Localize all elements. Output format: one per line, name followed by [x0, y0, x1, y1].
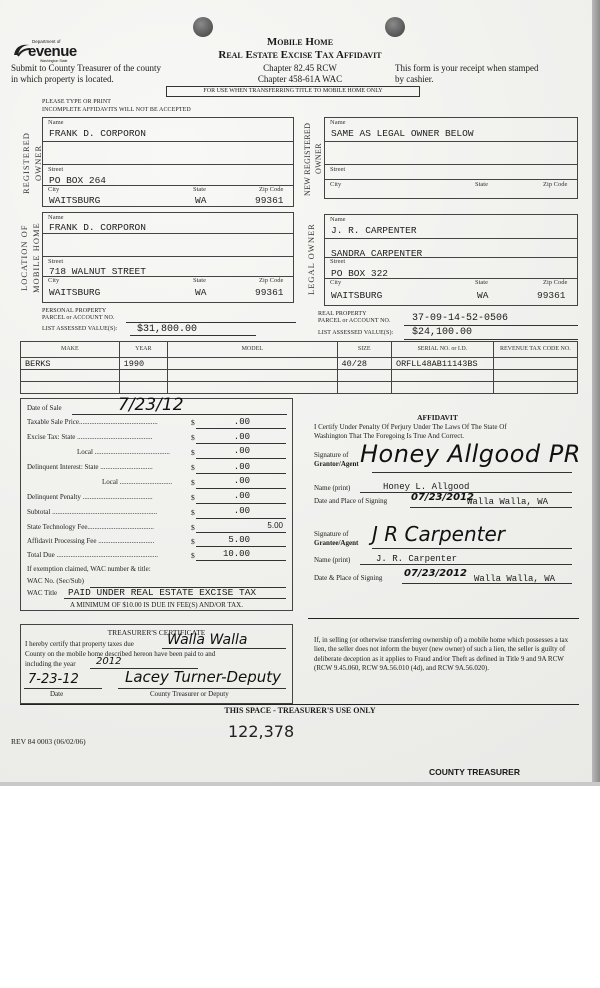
- receipt-note: This form is your receipt when stamped: [395, 63, 538, 73]
- date-of-sale-value[interactable]: 7/23/12: [118, 395, 184, 415]
- grantor-place-value[interactable]: Walla Walla, WA: [467, 497, 548, 507]
- personal-assessed-line: [130, 335, 256, 336]
- table-row: [21, 382, 578, 394]
- page-bottom-edge: [0, 782, 600, 786]
- form-title-line1: Mobile Home: [180, 36, 420, 48]
- col-make: MAKE: [21, 342, 120, 358]
- processing-fee-amount[interactable]: 5.00: [200, 535, 250, 545]
- treasurer-use-divider: [20, 704, 579, 705]
- registered-owner-city[interactable]: WAITSBURG: [49, 195, 100, 206]
- real-property-label: REAL PROPERTY: [318, 311, 367, 317]
- grantor-date-value[interactable]: 07/23/2012: [411, 492, 474, 503]
- currency-symbol: $: [191, 463, 195, 472]
- grantee-date-line: [402, 583, 572, 584]
- location-state[interactable]: WA: [195, 287, 206, 298]
- delinquent-penalty-label: Delinquent Penalty .....................…: [27, 493, 153, 501]
- minimum-due-note: A MINIMUM OF $10.00 IS DUE IN FEE(S) AND…: [20, 601, 293, 609]
- cell-make[interactable]: [21, 382, 120, 394]
- cell-model[interactable]: [167, 382, 337, 394]
- cell-model[interactable]: [167, 370, 337, 382]
- taxable-sale-price-amount[interactable]: .00: [200, 417, 250, 427]
- location-street[interactable]: 718 WALNUT STREET: [49, 266, 146, 277]
- real-assessed-label: LIST ASSESSED VALUE(S):: [318, 330, 393, 336]
- legal-owner-state[interactable]: WA: [477, 290, 488, 301]
- subtotal-amount[interactable]: .00: [200, 506, 250, 516]
- col-model: MODEL: [167, 342, 337, 358]
- excise-local-amount[interactable]: .00: [200, 446, 250, 456]
- technology-fee-amount: 5.00: [230, 521, 283, 530]
- interest-local-amount[interactable]: .00: [200, 476, 250, 486]
- personal-assessed-label: LIST ASSESSED VALUE(S):: [42, 326, 117, 332]
- registered-owner-state[interactable]: WA: [195, 195, 206, 206]
- form-title-line2: Real Estate Excise Tax Affidavit: [150, 49, 450, 61]
- lien-notice: If, in selling (or otherwise transferrin…: [314, 636, 576, 673]
- treasurer-signer-label: County Treasurer or Deputy: [150, 690, 229, 698]
- grantee-date-label: Date & Place of Signing: [314, 574, 382, 582]
- registered-owner-street[interactable]: PO BOX 264: [49, 175, 106, 186]
- legal-owner-street[interactable]: PO BOX 322: [331, 268, 388, 279]
- currency-symbol: $: [191, 478, 195, 487]
- excise-local-label: Local ..................................…: [77, 448, 170, 456]
- wac-title-label: WAC Title: [27, 589, 57, 597]
- grantee-date-value[interactable]: 07/23/2012: [404, 568, 467, 579]
- wac-no-label: WAC No. (Sec/Sub): [27, 577, 84, 585]
- legal-owner-box: Name J. R. CARPENTER SANDRA CARPENTER St…: [324, 214, 578, 306]
- legal-owner-zip[interactable]: 99361: [537, 290, 566, 301]
- cell-serial[interactable]: [391, 370, 493, 382]
- currency-symbol: $: [191, 537, 195, 546]
- chapter-rcw: Chapter 82.45 RCW: [220, 63, 380, 73]
- legal-owner-city[interactable]: WAITSBURG: [331, 290, 382, 301]
- certificate-date-label: Date: [50, 690, 63, 698]
- total-due-amount[interactable]: 10.00: [200, 549, 250, 559]
- affidavit-title: AFFIDAVIT: [300, 413, 575, 422]
- treasurer-signature[interactable]: Lacey Turner-Deputy: [125, 668, 281, 686]
- exemption-label: If exemption claimed, WAC number & title…: [27, 565, 151, 573]
- table-header-row: MAKE YEAR MODEL SIZE SERIAL NO. or I.D. …: [21, 342, 578, 358]
- registered-owner-name[interactable]: FRANK D. CORPORON: [49, 128, 146, 139]
- year-value[interactable]: 2012: [96, 656, 121, 667]
- new-registered-owner-box: Name SAME AS LEGAL OWNER BELOW Street Ci…: [324, 117, 578, 199]
- processing-fee-label: Affidavit Processing Fee ...............…: [27, 537, 154, 545]
- excise-state-label: Excise Tax: State ......................…: [27, 433, 152, 441]
- receipt-note-2: by cashier.: [395, 74, 434, 84]
- subtotal-label: Subtotal ...............................…: [27, 508, 157, 516]
- grantor-signature-line: [372, 472, 572, 473]
- personal-assessed-value[interactable]: $31,800.00: [137, 324, 197, 335]
- date-of-sale-label: Date of Sale: [27, 404, 62, 412]
- grantee-signature-label: Signature of: [314, 530, 348, 538]
- wac-title-value[interactable]: PAID UNDER REAL ESTATE EXCISE TAX: [68, 587, 256, 598]
- currency-symbol: $: [191, 508, 195, 517]
- form-number: REV 84 0003 (06/02/06): [11, 737, 86, 746]
- table-row: BERKS 1990 40/28 ORFLL48AB11143BS: [21, 358, 578, 370]
- location-zip[interactable]: 99361: [255, 287, 284, 298]
- certify-statement-2: Washington That The Foregoing Is True An…: [314, 432, 464, 440]
- location-box: Name FRANK D. CORPORON Street 718 WALNUT…: [42, 212, 294, 303]
- cell-serial[interactable]: [391, 382, 493, 394]
- real-assessed-value[interactable]: $24,100.00: [412, 327, 472, 338]
- grantee-name-line: [360, 564, 572, 565]
- cell-year[interactable]: 1990: [119, 358, 167, 370]
- wac-title-line: [64, 598, 286, 599]
- cell-year[interactable]: [119, 370, 167, 382]
- real-parcel-value[interactable]: 37-09-14-52-0506: [412, 313, 508, 324]
- page-edge-shadow: [592, 0, 600, 785]
- registered-owner-zip[interactable]: 99361: [255, 195, 284, 206]
- col-serial: SERIAL NO. or I.D.: [391, 342, 493, 358]
- grantor-signature[interactable]: Honey Allgood PR: [360, 440, 581, 468]
- cell-model[interactable]: [167, 358, 337, 370]
- excise-state-amount[interactable]: .00: [200, 432, 250, 442]
- county-treasurer-stamp: COUNTY TREASURER: [429, 767, 520, 777]
- legal-owner-name[interactable]: J. R. CARPENTER: [331, 225, 417, 236]
- county-value[interactable]: Walla Walla: [167, 632, 247, 648]
- grantee-signature-line: [372, 548, 572, 549]
- registered-owner-box: Name FRANK D. CORPORON Street PO BOX 264…: [42, 117, 294, 207]
- submit-instructions-2: in which property is located.: [11, 74, 114, 84]
- grantor-signature-label: Signature of: [314, 451, 348, 459]
- certify-statement: I Certify Under Penalty Of Perjury Under…: [314, 423, 507, 431]
- currency-symbol: $: [191, 433, 195, 442]
- mobile-home-table: MAKE YEAR MODEL SIZE SERIAL NO. or I.D. …: [20, 341, 578, 394]
- cell-size[interactable]: 40/28: [337, 358, 391, 370]
- real-parcel-label: PARCEL or ACCOUNT NO.: [318, 318, 391, 324]
- cell-make[interactable]: [21, 370, 120, 382]
- currency-symbol: $: [191, 523, 195, 532]
- table-row: [21, 370, 578, 382]
- currency-symbol: $: [191, 448, 195, 457]
- treasurer-use-label: THIS SPACE - TREASURER'S USE ONLY: [150, 706, 450, 715]
- cell-size[interactable]: [337, 382, 391, 394]
- punch-hole-left: [193, 17, 213, 37]
- grantee-agent-label: Grantee/Agent: [314, 539, 358, 547]
- personal-parcel-line: [126, 322, 296, 323]
- affidavit-divider: [308, 618, 579, 619]
- currency-symbol: $: [191, 551, 195, 560]
- personal-parcel-label: PARCEL or ACCOUNT NO.: [42, 315, 115, 321]
- penalty-amount[interactable]: .00: [200, 491, 250, 501]
- grantor-date-line: [410, 507, 572, 508]
- cell-year[interactable]: [119, 382, 167, 394]
- grantee-name-label: Name (print): [314, 556, 350, 564]
- chapter-wac: Chapter 458-61A WAC: [220, 74, 380, 84]
- real-parcel-line: [404, 325, 578, 326]
- total-due-label: Total Due ..............................…: [27, 551, 158, 559]
- location-name[interactable]: FRANK D. CORPORON: [49, 222, 146, 233]
- delinquent-interest-label: Delinquent Interest: State .............…: [27, 463, 153, 471]
- new-owner-name[interactable]: SAME AS LEGAL OWNER BELOW: [331, 128, 474, 139]
- interest-state-amount[interactable]: .00: [200, 462, 250, 472]
- use-banner: FOR USE WHEN TRANSFERRING TITLE TO MOBIL…: [166, 86, 420, 97]
- punch-hole-right: [385, 17, 405, 37]
- grantor-agent-label: Grantor/Agent: [314, 460, 359, 468]
- cell-revenue-code[interactable]: [493, 358, 577, 370]
- cell-make[interactable]: BERKS: [21, 358, 120, 370]
- incomplete-note: INCOMPLETE AFFIDAVITS WILL NOT BE ACCEPT…: [42, 107, 191, 113]
- certify-taxes-label: I hereby certify that property taxes due: [25, 640, 134, 648]
- col-year: YEAR: [119, 342, 167, 358]
- cell-size[interactable]: [337, 370, 391, 382]
- personal-property-label: PERSONAL PROPERTY: [42, 308, 106, 314]
- cell-revenue-code[interactable]: [493, 382, 577, 394]
- currency-symbol: $: [191, 493, 195, 502]
- currency-symbol: $: [191, 418, 195, 427]
- certificate-date-value[interactable]: 7-23-12: [28, 672, 79, 687]
- treasurer-signature-line: [118, 688, 286, 689]
- certificate-date-line: [24, 688, 102, 689]
- taxable-sale-price-label: Taxable Sale Price......................…: [27, 418, 158, 426]
- location-city[interactable]: WAITSBURG: [49, 287, 100, 298]
- treasurer-certificate-title: TREASURER'S CERTIFICATE: [20, 628, 293, 637]
- real-assessed-line: [404, 339, 578, 340]
- cell-revenue-code[interactable]: [493, 370, 577, 382]
- grantor-name-value[interactable]: Honey L. Allgood: [383, 482, 469, 492]
- submit-instructions: Submit to County Treasurer of the county: [11, 63, 161, 73]
- grantor-date-label: Date and Place of Signing: [314, 497, 387, 505]
- col-size: SIZE: [337, 342, 391, 358]
- county-line: [162, 648, 286, 649]
- col-revenue-code: REVENUE TAX CODE NO.: [493, 342, 577, 358]
- delinquent-interest-local-label: Local ..............................: [102, 478, 172, 486]
- cell-serial[interactable]: ORFLL48AB11143BS: [391, 358, 493, 370]
- including-year-label: including the year: [25, 660, 76, 668]
- technology-fee-label: State Technology Fee....................…: [27, 523, 154, 531]
- print-note: PLEASE TYPE OR PRINT: [42, 99, 111, 105]
- stamp-number: 122,378: [228, 722, 294, 741]
- grantor-name-label: Name (print): [314, 484, 350, 492]
- grantee-signature[interactable]: J R Carpenter: [372, 522, 505, 546]
- logo-wordmark: evenue: [28, 43, 77, 60]
- grantee-name-value[interactable]: J. R. Carpenter: [376, 554, 457, 564]
